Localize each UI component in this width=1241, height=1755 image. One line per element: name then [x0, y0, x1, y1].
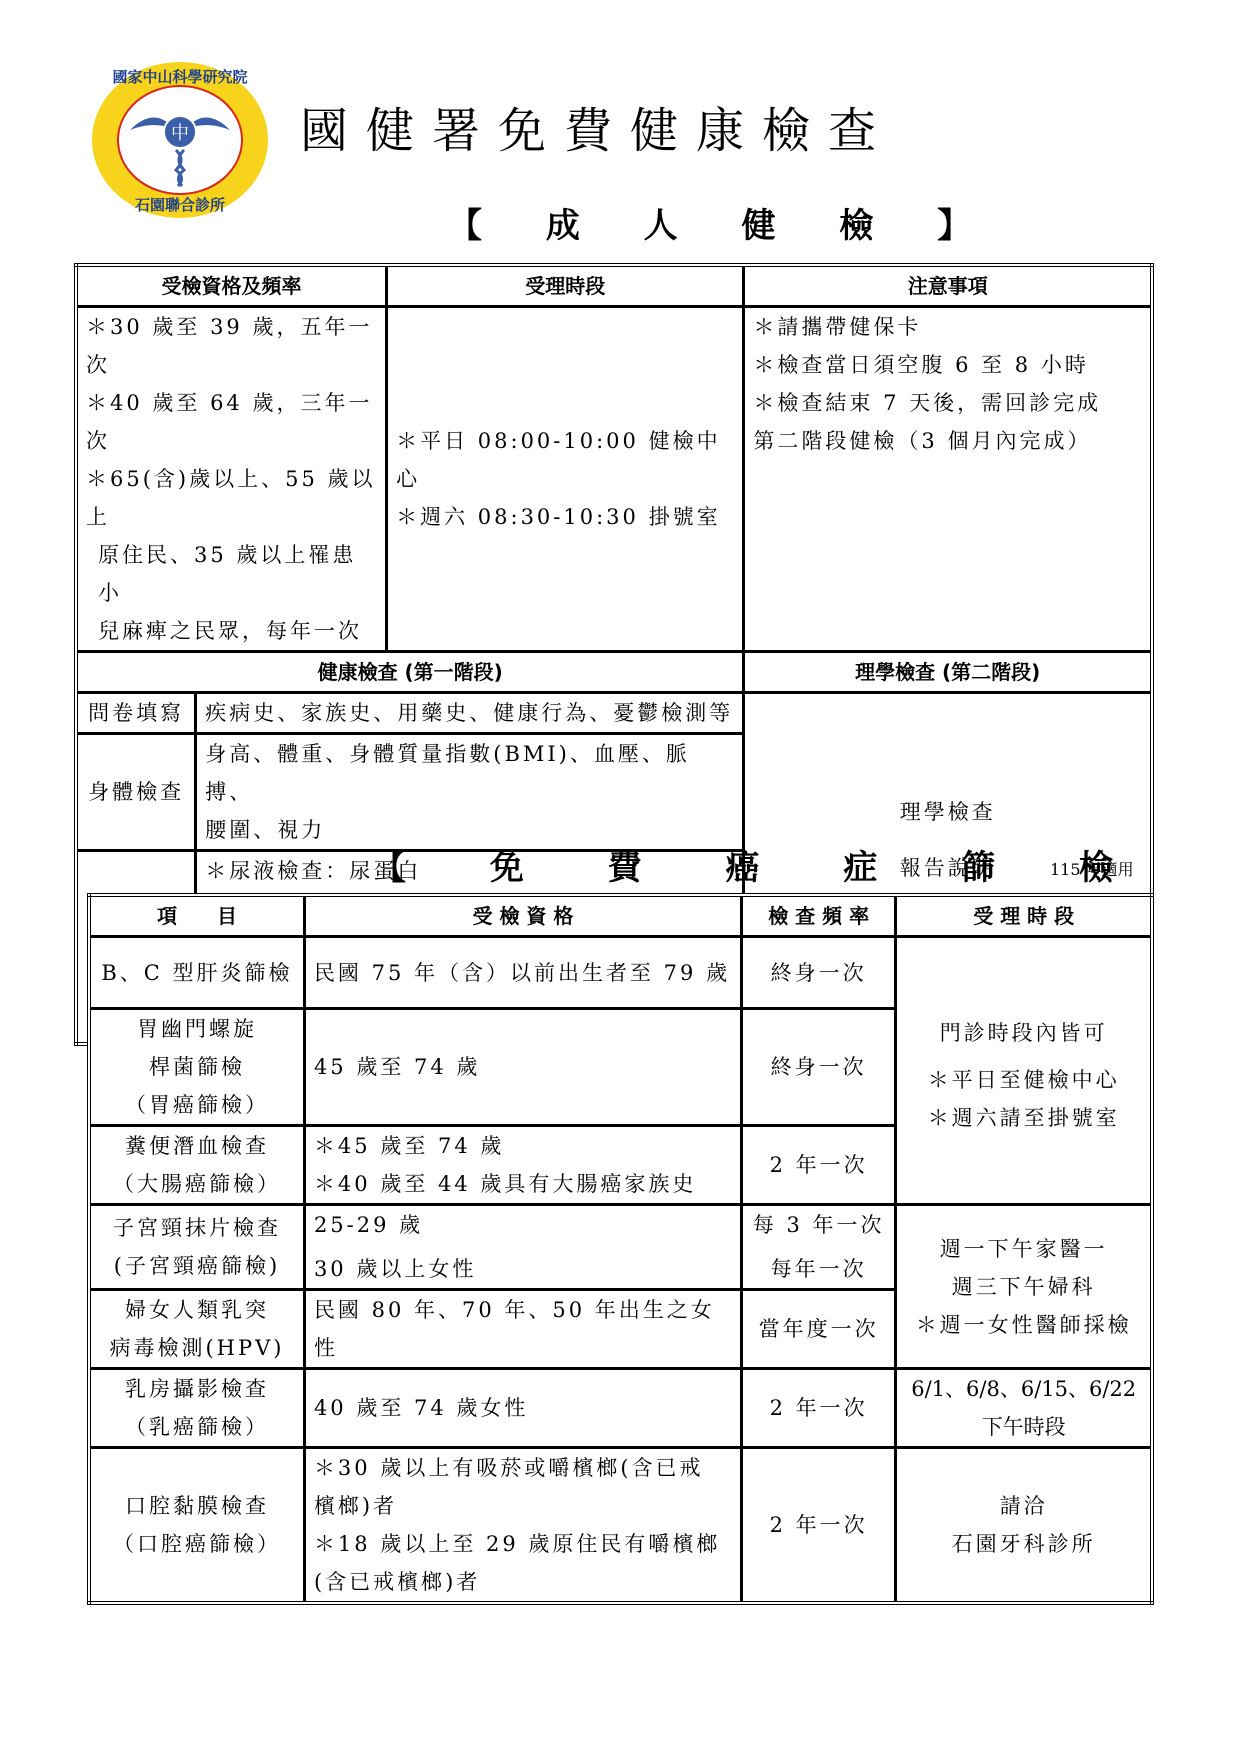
item-cell: 婦女人類乳突 病毒檢測(HPV) — [89, 1290, 304, 1369]
eligibility-line: 30 歲以上女性 — [314, 1250, 732, 1288]
hours-line: ＊週六 08:30-10:30 掛號室 — [396, 498, 734, 536]
hours-cell: 6/1、6/8、6/15、6/22 下午時段 — [896, 1369, 1152, 1448]
item-cell: 口腔黏膜檢查 （口腔癌篩檢） — [89, 1448, 304, 1604]
item-cell: B、C 型肝炎篩檢 — [89, 937, 304, 1009]
eligibility-cell: ＊30 歲以上有吸菸或嚼檳榔(含已戒 檳榔)者 ＊18 歲以上至 29 歲原住民… — [304, 1448, 741, 1604]
clinic-logo: 中 國家中山科學研究院 石園聯合診所 — [90, 60, 270, 220]
header-item: 項 目 — [89, 895, 304, 937]
hours-line: ＊平日 08:00-10:00 健檢中心 — [396, 422, 734, 498]
item-line: 桿菌篩檢 — [99, 1048, 295, 1086]
eligibility-line: ＊30 歲以上有吸菸或嚼檳榔(含已戒 — [314, 1449, 732, 1487]
eligibility-cell: 45 歲至 74 歲 — [304, 1009, 741, 1126]
eligibility-line: 原住民、35 歲以上罹患小 — [86, 536, 377, 612]
eligibility-line: ＊65(含)歲以上、55 歲以上 — [86, 460, 377, 536]
item-line: （口腔癌篩檢） — [99, 1525, 295, 1563]
item-line: 胃幽門螺旋 — [99, 1010, 295, 1048]
eligibility-line: 檳榔)者 — [314, 1487, 732, 1525]
table-row: B、C 型肝炎篩檢 民國 75 年（含）以前出生者至 79 歲 終身一次 門診時… — [89, 937, 1152, 1009]
item-line: 婦女人類乳突 — [99, 1291, 295, 1329]
header-hours: 受 理 時 段 — [896, 895, 1152, 937]
eligibility-cell: 民國 80 年、70 年、50 年出生之女性 — [304, 1290, 741, 1369]
hours-line: 請洽 — [905, 1487, 1142, 1525]
frequency-cell: 終身一次 — [741, 1009, 895, 1126]
hours-line: 6/1、6/8、6/15、6/22 — [905, 1370, 1142, 1408]
frequency-cell: 每 3 年一次 每年一次 — [741, 1205, 895, 1290]
header-hours: 受理時段 — [387, 265, 744, 307]
hours-line: ＊週六請至掛號室 — [905, 1099, 1142, 1137]
eligibility-line: ＊40 歲至 44 歲具有大腸癌家族史 — [314, 1165, 732, 1203]
item-line: (子宮頸癌篩檢) — [99, 1247, 295, 1285]
item-line: （乳癌篩檢） — [99, 1408, 295, 1446]
stage1-label: 身體檢查 — [76, 734, 196, 851]
item-line: 病毒檢測(HPV) — [99, 1329, 295, 1367]
eligibility-line: ＊30 歲至 39 歲，五年一次 — [86, 308, 377, 384]
page-title: 國健署免費健康檢查 — [300, 92, 894, 161]
eligibility-cell: 25-29 歲 30 歲以上女性 — [304, 1205, 741, 1290]
eligibility-line: ＊18 歲以上至 29 歲原住民有嚼檳榔 — [314, 1525, 732, 1563]
hours-line: 下午時段 — [905, 1408, 1142, 1446]
item-line: 子宮頸抹片檢查 — [99, 1209, 295, 1247]
eligibility-cell: 40 歲至 74 歲女性 — [304, 1369, 741, 1448]
svg-text:中: 中 — [171, 123, 189, 144]
note-line: ＊檢查結束 7 天後，需回診完成 — [753, 384, 1142, 422]
frequency-cell: 2 年一次 — [741, 1448, 895, 1604]
hours-cell: 週一下午家醫一 週三下午婦科 ＊週一女性醫師採檢 — [896, 1205, 1152, 1369]
stage2-title: 理學檢查 (第二階段) — [744, 652, 1152, 693]
adult-section-title: 【 成 人 健 檢 】 — [448, 198, 997, 247]
hours-line: ＊週一女性醫師採檢 — [905, 1306, 1142, 1344]
table-row: 口腔黏膜檢查 （口腔癌篩檢） ＊30 歲以上有吸菸或嚼檳榔(含已戒 檳榔)者 ＊… — [89, 1448, 1152, 1604]
table-row: 乳房攝影檢查 （乳癌篩檢） 40 歲至 74 歲女性 2 年一次 6/1、6/8… — [89, 1369, 1152, 1448]
stage1-label: 問卷填寫 — [76, 693, 196, 734]
header-frequency: 檢 查 頻 率 — [741, 895, 895, 937]
eligibility-cell: ＊30 歲至 39 歲，五年一次 ＊40 歲至 64 歲，三年一次 ＊65(含)… — [76, 307, 387, 652]
svg-text:石園聯合診所: 石園聯合診所 — [135, 196, 225, 214]
note-line: ＊檢查當日須空腹 6 至 8 小時 — [753, 346, 1142, 384]
item-cell: 乳房攝影檢查 （乳癌篩檢） — [89, 1369, 304, 1448]
note-line: ＊請攜帶健保卡 — [753, 308, 1142, 346]
frequency-cell: 終身一次 — [741, 937, 895, 1009]
cancer-screening-table: 項 目 受 檢 資 格 檢 查 頻 率 受 理 時 段 B、C 型肝炎篩檢 民國… — [87, 893, 1154, 1605]
item-line: 乳房攝影檢查 — [99, 1370, 295, 1408]
note-line: 第二階段健檢（3 個月內完成） — [753, 422, 1142, 460]
hours-line: 週三下午婦科 — [905, 1268, 1142, 1306]
table-row: 子宮頸抹片檢查 (子宮頸癌篩檢) 25-29 歲 30 歲以上女性 每 3 年一… — [89, 1205, 1152, 1290]
item-line: 口腔黏膜檢查 — [99, 1487, 295, 1525]
item-cell: 糞便潛血檢查 （大腸癌篩檢） — [89, 1126, 304, 1205]
header-eligibility: 受 檢 資 格 — [304, 895, 741, 937]
header-eligibility: 受檢資格及頻率 — [76, 265, 387, 307]
frequency-cell: 2 年一次 — [741, 1126, 895, 1205]
item-line: 糞便潛血檢查 — [99, 1127, 295, 1165]
hours-line: 石園牙科診所 — [905, 1525, 1142, 1563]
notes-cell: ＊請攜帶健保卡 ＊檢查當日須空腹 6 至 8 小時 ＊檢查結束 7 天後，需回診… — [744, 307, 1152, 652]
frequency-line: 每 3 年一次 — [751, 1206, 886, 1244]
frequency-cell: 2 年一次 — [741, 1369, 895, 1448]
stage2-item: 理學檢查 — [753, 784, 1142, 840]
eligibility-cell: 民國 75 年（含）以前出生者至 79 歲 — [304, 937, 741, 1009]
year-note: 115 年適用 — [1050, 857, 1134, 880]
eligibility-cell: ＊45 歲至 74 歲 ＊40 歲至 44 歲具有大腸癌家族史 — [304, 1126, 741, 1205]
svg-text:國家中山科學研究院: 國家中山科學研究院 — [112, 68, 247, 86]
eligibility-line: (含已戒檳榔)者 — [314, 1563, 732, 1601]
hours-cell: 門診時段內皆可 ＊平日至健檢中心 ＊週六請至掛號室 — [896, 937, 1152, 1205]
item-cell: 子宮頸抹片檢查 (子宮頸癌篩檢) — [89, 1205, 304, 1290]
header-notes: 注意事項 — [744, 265, 1152, 307]
hours-cell: 請洽 石園牙科診所 — [896, 1448, 1152, 1604]
eligibility-line: 25-29 歲 — [314, 1206, 732, 1244]
frequency-cell: 當年度一次 — [741, 1290, 895, 1369]
stage1-title: 健康檢查 (第一階段) — [76, 652, 744, 693]
item-line: （胃癌篩檢） — [99, 1086, 295, 1124]
stage1-content: 身高、體重、身體質量指數(BMI)、血壓、脈搏、 腰圍、視力 — [196, 734, 744, 851]
item-line: （大腸癌篩檢） — [99, 1165, 295, 1203]
content-line: 身高、體重、身體質量指數(BMI)、血壓、脈搏、 — [205, 735, 734, 811]
hours-line: 週一下午家醫一 — [905, 1230, 1142, 1268]
hours-cell: ＊平日 08:00-10:00 健檢中心 ＊週六 08:30-10:30 掛號室 — [387, 307, 744, 652]
eligibility-line: ＊40 歲至 64 歲，三年一次 — [86, 384, 377, 460]
stage1-content: 疾病史、家族史、用藥史、健康行為、憂鬱檢測等 — [196, 693, 744, 734]
hours-line: ＊平日至健檢中心 — [905, 1061, 1142, 1099]
hours-line: 門診時段內皆可 — [905, 1005, 1142, 1061]
eligibility-line: 兒麻痺之民眾，每年一次 — [86, 612, 377, 650]
frequency-line: 每年一次 — [751, 1250, 886, 1288]
item-cell: 胃幽門螺旋 桿菌篩檢 （胃癌篩檢） — [89, 1009, 304, 1126]
eligibility-line: ＊45 歲至 74 歲 — [314, 1127, 732, 1165]
